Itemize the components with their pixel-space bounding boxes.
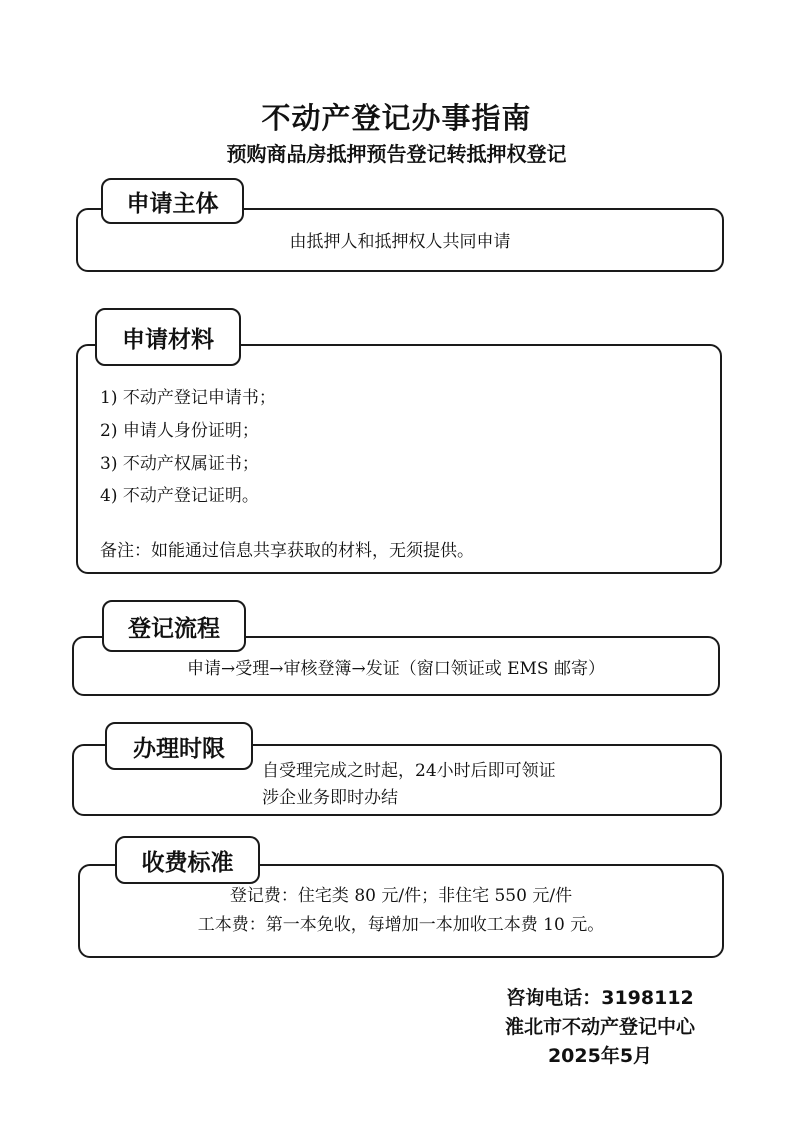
document-date: 2025年5月 [470,1041,730,1068]
document-subtitle: 预购商品房抵押预告登记转抵押权登记 [0,138,793,167]
fees-line: 登记费：住宅类 80 元/件；非住宅 550 元/件 [78,886,724,906]
material-item: 1) 不动产登记申请书； [100,388,276,408]
consult-phone: 咨询电话：3198112 [470,983,730,1010]
organization-name: 淮北市不动产登记中心 [460,1012,740,1039]
fees-line: 工本费：第一本免收，每增加一本加收工本费 10 元。 [78,915,724,935]
section-label-process: 登记流程 [102,600,246,652]
applicant-text: 由抵押人和抵押权人共同申请 [76,232,724,252]
section-label-applicant: 申请主体 [101,178,244,224]
material-item: 3) 不动产权属证书； [100,454,259,474]
section-label-time-limit: 办理时限 [105,722,253,770]
document-title: 不动产登记办事指南 [0,96,793,137]
time-limit-line: 涉企业务即时办结 [262,788,398,808]
material-item: 2) 申请人身份证明； [100,421,259,441]
section-label-fees: 收费标准 [115,836,260,884]
time-limit-line: 自受理完成之时起，24小时后即可领证 [262,761,556,781]
section-label-materials: 申请材料 [95,308,241,366]
material-item: 4) 不动产登记证明。 [100,486,259,506]
materials-note: 备注：如能通过信息共享获取的材料，无须提供。 [100,541,474,561]
process-flow-text: 申请→受理→审核登簿→发证（窗口领证或 EMS 邮寄） [72,659,720,679]
